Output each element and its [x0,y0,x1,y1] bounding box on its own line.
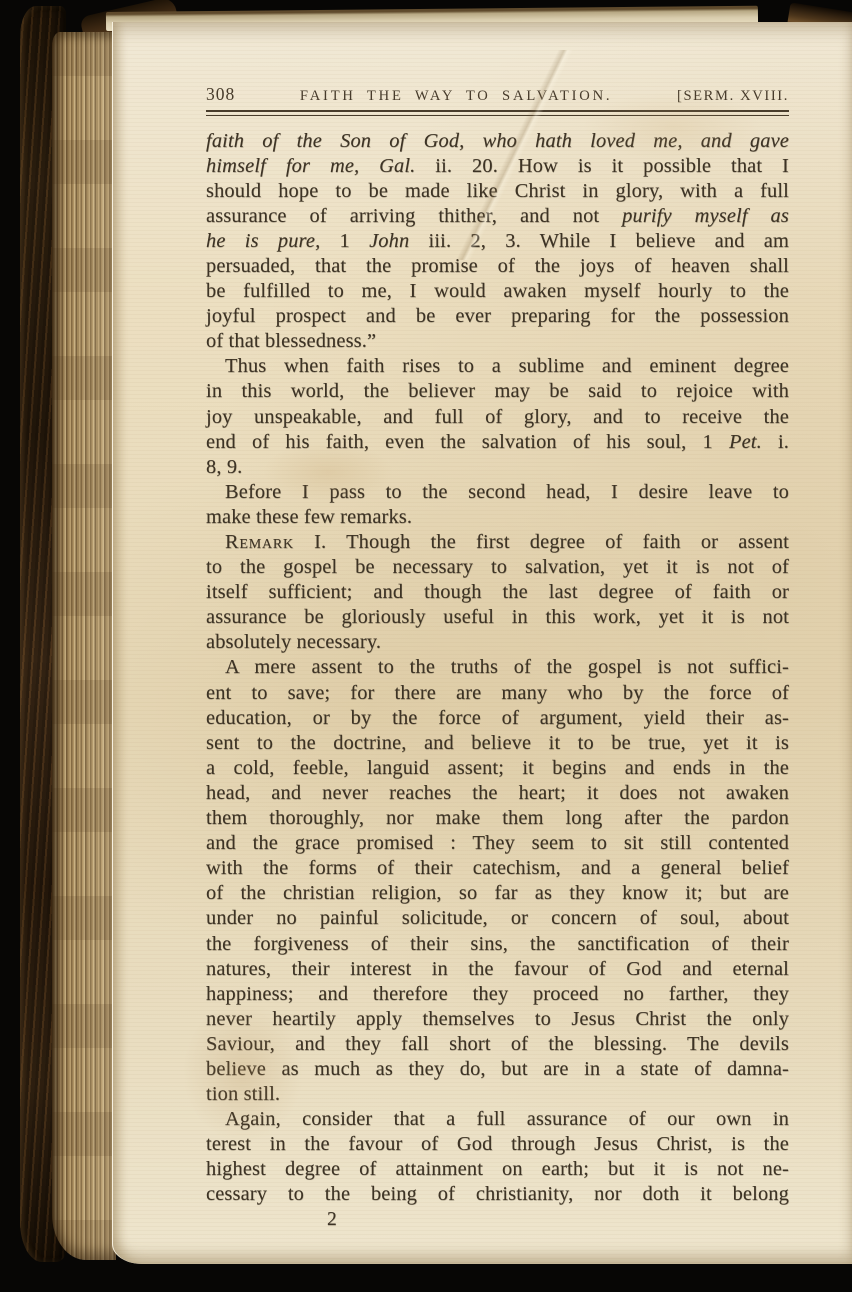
text-line: believe as much as they do, but are in a… [206,1057,789,1082]
text-line: Again, consider that a full assurance of… [206,1107,789,1132]
text-line: head, and never reaches the heart; it do… [206,781,789,806]
text-line: the forgiveness of their sins, the sanct… [206,932,789,957]
book-scan-photo: 308 FAITH THE WAY TO SALVATION. [SERM. X… [0,0,852,1292]
page-edges-stack [52,32,116,1260]
text-line: to the gospel be necessary to salvation,… [206,555,789,580]
text-line: assurance of arriving thither, and not p… [206,204,789,229]
text-line: highest degree of attainment on earth; b… [206,1157,789,1182]
text-line: of the christian religion, so far as the… [206,881,789,906]
running-title: FAITH THE WAY TO SALVATION. [235,88,677,105]
text-line: sent to the doctrine, and believe it to … [206,731,789,756]
text-line: Remark I. Though the first degree of fai… [206,530,789,555]
text-line: ent to save; for there are many who by t… [206,681,789,706]
sermon-section-label: [SERM. XVIII. [677,88,789,105]
text-line: them thoroughly, nor make them long afte… [206,806,789,831]
book-page: 308 FAITH THE WAY TO SALVATION. [SERM. X… [112,22,852,1264]
page-number: 308 [206,84,235,105]
text-line: joy unspeakable, and full of glory, and … [206,405,789,430]
text-line: end of his faith, even the salvation of … [206,430,789,455]
signature-mark: 2 [206,1209,789,1231]
text-line: never heartily apply themselves to Jesus… [206,1007,789,1032]
text-line: natures, their interest in the favour of… [206,957,789,982]
body-text: faith of the Son of God, who hath loved … [206,129,789,1208]
text-line: education, or by the force of argument, … [206,706,789,731]
text-line: a cold, feeble, languid assent; it begin… [206,756,789,781]
running-header: 308 FAITH THE WAY TO SALVATION. [SERM. X… [206,22,789,105]
text-line: make these few remarks. [206,505,789,530]
text-line: and the grace promised : They seem to si… [206,831,789,856]
text-line: persuaded, that the promise of the joys … [206,254,789,279]
text-line: 8, 9. [206,455,789,480]
text-line: in this world, the believer may be said … [206,379,789,404]
text-line: joyful prospect and be ever preparing fo… [206,304,789,329]
header-double-rule [206,110,789,116]
text-line: be fulfilled to me, I would awaken mysel… [206,279,789,304]
text-line: happiness; and therefore they proceed no… [206,982,789,1007]
text-line: tion still. [206,1082,789,1107]
text-line: Before I pass to the second head, I desi… [206,480,789,505]
text-line: assurance be gloriously useful in this w… [206,605,789,630]
text-line: he is pure, 1 John iii. 2, 3. While I be… [206,229,789,254]
text-line: himself for me, Gal. ii. 20. How is it p… [206,154,789,179]
text-line: itself sufficient; and though the last d… [206,580,789,605]
text-line: should hope to be made like Christ in gl… [206,179,789,204]
text-line: under no painful solicitude, or concern … [206,906,789,931]
text-line: faith of the Son of God, who hath loved … [206,129,789,154]
text-line: Thus when faith rises to a sublime and e… [206,354,789,379]
text-line: cessary to the being of christianity, no… [206,1182,789,1207]
text-line: with the forms of their catechism, and a… [206,856,789,881]
text-line: terest in the favour of God through Jesu… [206,1132,789,1157]
text-line: A mere assent to the truths of the gospe… [206,655,789,680]
text-line: absolutely necessary. [206,630,789,655]
text-line: Saviour, and they fall short of the bles… [206,1032,789,1057]
text-line: of that blessedness.” [206,329,789,354]
